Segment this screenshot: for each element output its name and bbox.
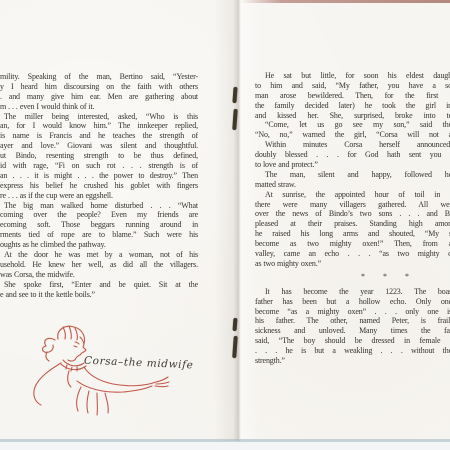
text-line: rments tied of rope are to blame.” Such … [0,230,198,240]
text-line: usehold. He knew her well, as did all th… [0,260,198,270]
text-line: ut Bindo, resenting strength to be thus … [0,151,198,161]
text-line: father has been but a hollow echo. Only … [255,297,450,307]
text-line: id with rage, “Fi on such rot . . . stre… [0,161,198,171]
text-line: was Corsa, the midwife. [0,270,198,280]
text-line: matted straw. [255,180,450,190]
text-line: his father. The other, named Peter, is f… [255,316,450,326]
text-line: oughts as he climbed the pathway. [0,240,198,250]
text-line: . . . he is but a weakling . . . without… [255,346,450,356]
text-line: express his belief he crushed his goblet… [0,181,198,191]
text-line: doubly blessed . . . for God hath sent y… [255,150,450,160]
text-line: over the news of Bindo’s two sons . . . … [255,209,450,219]
text-line: He sat but little, for soon his eldest d… [255,71,450,81]
text-line: “No, no,” warned the girl, “Corsa will n… [255,130,450,140]
text-line: strength.” [255,356,450,366]
book-spread-photo: mility. Speaking of the man, Bertino sai… [0,0,450,450]
text-line: mility. Speaking of the man, Bertino sai… [0,72,198,82]
text-line: become “as a mighty oxen” . . . only one… [255,307,450,317]
text-line: It has become the year 1223. The boas [255,287,450,297]
text-line: and kissed her. She, surprised, broke in… [255,111,450,121]
text-line: re . . . as if the cup were an eggshell. [0,191,198,201]
text-line: The miller being interested, asked, “Who… [0,112,198,122]
text-line: pleased at their praises. Standing high … [255,219,450,229]
text-line: ayer and love.” Giovani was silent and t… [0,141,198,151]
text-line: At sunrise, the appointed hour of toil i… [255,190,450,200]
text-line: he raised his long arms and shouted, “My… [255,229,450,239]
text-line: “Come, let us go see my son,” said the [255,120,450,130]
text-line: to love and protect.” [255,160,450,170]
text-line: valley, came an echo . . . “as two might… [255,249,450,259]
text-line: become as two mighty oxen!” Then, from a [255,239,450,249]
text-line: an . . . it is might . . . the power to … [0,171,198,181]
text-line: At the door he was met by a woman, not o… [0,250,198,260]
text-line: as two mighty oxen.” [255,259,450,269]
text-line: m . . . even I would think of it. [0,102,198,112]
section-separator: * * * [255,272,450,282]
page-edge-line [0,439,450,442]
text-line: ecoming soft. Those beggars running arou… [0,220,198,230]
text-line: sickness and unloved. Many times the fat [255,326,450,336]
right-page-text: He sat but little, for soon his eldest d… [255,71,450,366]
text-line: coming over the people? Even my friends … [0,210,198,220]
text-line: man arose bewildered. Then, for the firs… [255,91,450,101]
text-line: to him and said, “My father, you have a … [255,81,450,91]
text-line: The man, silent and happy, followed he [255,170,450,180]
text-line: the family decided later) he took the gi… [255,101,450,111]
left-page-text: mility. Speaking of the man, Bertino sai… [0,72,198,299]
text-line: Within minutes Corsa herself announced, [255,140,450,150]
text-line: e and see to it the kettle boils.” [0,290,198,300]
text-line: . and many give him ear. Men are gatheri… [0,92,198,102]
text-line: an, for I would know him.” The innkeeper… [0,121,198,131]
midwife-line-sketch [25,323,170,419]
page-edge-bottom [0,441,450,450]
text-line: The big man walked home disturbed . . . … [0,201,198,211]
text-line: She spoke first, “Enter and be quiet. Si… [0,280,198,290]
text-line: y I heard him discoursing on the faith w… [0,82,198,92]
text-line: is name is Francis and he teaches the st… [0,131,198,141]
sketch-strokes [34,326,169,415]
cover-edge-top [240,0,450,3]
text-line: said, “The boy should be dressed in fema… [255,336,450,346]
text-line: there were many villagers gathered. All … [255,200,450,210]
